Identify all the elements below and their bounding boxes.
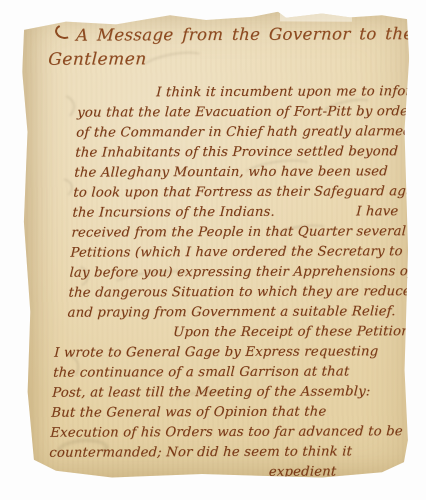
manuscript-line-left: the Incursions of the Indians. [72, 203, 275, 224]
ink-bleedthrough [20, 171, 77, 217]
manuscript-line: But the General was of Opinion that the [51, 402, 402, 424]
manuscript-line: of the Commander in Chief hath greatly a… [76, 122, 407, 143]
paper-tab [280, 10, 352, 22]
catchword: expedient [48, 462, 399, 479]
letter-salutation: Gentlemen [48, 49, 148, 69]
manuscript-line-right: I have [356, 202, 399, 222]
manuscript-page: A Message from the Governor to the Assem… [20, 10, 411, 479]
manuscript-line: the Alleghany Mountain, who have been us… [74, 162, 405, 183]
manuscript-line: I wrote to General Gage by Express reque… [54, 342, 405, 364]
manuscript-line: Execution of his Orders was too far adva… [50, 422, 401, 444]
letter-heading: A Message from the Governor to the Assem… [54, 24, 411, 45]
manuscript-line: the Inhabitants of this Province settled… [75, 142, 406, 163]
manuscript-line: countermanded; Nor did he seem to think … [49, 442, 400, 464]
manuscript-line: the continuance of a small Garrison at t… [53, 362, 404, 384]
manuscript-line: the dangerous Situation to which they ar… [68, 282, 399, 303]
manuscript-line: and praying from Government a suitable R… [67, 302, 398, 323]
scanned-document: A Message from the Governor to the Assem… [0, 0, 426, 500]
letter-paragraph-2: Upon the Receipt of these Petitions I wr… [48, 322, 406, 479]
manuscript-line: I think it incumbent upon me to inform [156, 82, 409, 103]
manuscript-line: the Incursions of the Indians. I have [72, 202, 403, 223]
letter-paragraph-1: I think it incumbent upon me to inform y… [67, 82, 409, 323]
ink-bleedthrough [20, 88, 78, 131]
manuscript-line: you that the late Evacuation of Fort-Pit… [77, 102, 408, 123]
manuscript-line: Petitions (which I have ordered the Secr… [70, 242, 401, 263]
letter-heading-text: A Message from the Governor to the Assem… [76, 24, 411, 45]
ink-bleedthrough [139, 47, 208, 78]
manuscript-line: received from the People in that Quarter… [71, 222, 402, 243]
manuscript-line: to look upon that Fortress as their Safe… [73, 182, 404, 203]
manuscript-line: Post, at least till the Meeting of the A… [52, 382, 403, 404]
pen-flourish-icon [53, 22, 75, 41]
manuscript-line: lay before you) expressing their Apprehe… [69, 262, 400, 283]
manuscript-line: Upon the Receipt of these Petitions [173, 322, 406, 343]
